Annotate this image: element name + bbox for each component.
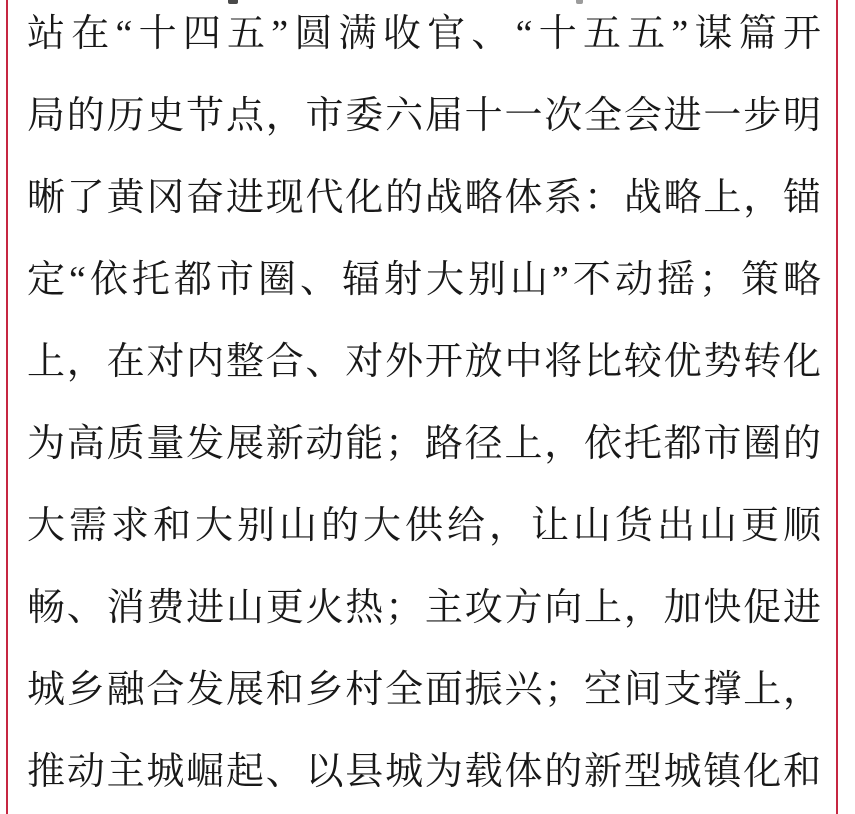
document-page: 站在“十四五”圆满收官、“十五五”谋篇开 局的历史节点，市委六届十一次全会进一步…	[0, 0, 855, 814]
text-line: 定“依托都市圈、辐射大别山”不动摇；策略	[27, 239, 821, 321]
text-line: 局的历史节点，市委六届十一次全会进一步明	[27, 75, 821, 157]
text-line: 为高质量发展新动能；路径上，依托都市圈的	[27, 403, 821, 485]
text-line: 推动主城崛起、以县城为载体的新型城镇化和	[27, 731, 821, 813]
text-line: 晰了黄冈奋进现代化的战略体系：战略上，锚	[27, 157, 821, 239]
article-body: 站在“十四五”圆满收官、“十五五”谋篇开 局的历史节点，市委六届十一次全会进一步…	[27, 0, 821, 813]
text-line: 大需求和大别山的大供给，让山货出山更顺	[27, 485, 821, 567]
text-line: 畅、消费进山更火热；主攻方向上，加快促进	[27, 567, 821, 649]
text-line: 上，在对内整合、对外开放中将比较优势转化	[27, 321, 821, 403]
text-line: 站在“十四五”圆满收官、“十五五”谋篇开	[27, 0, 821, 75]
left-border-line	[6, 0, 8, 814]
text-line: 城乡融合发展和乡村全面振兴；空间支撑上，	[27, 649, 821, 731]
right-border-line	[836, 0, 838, 814]
